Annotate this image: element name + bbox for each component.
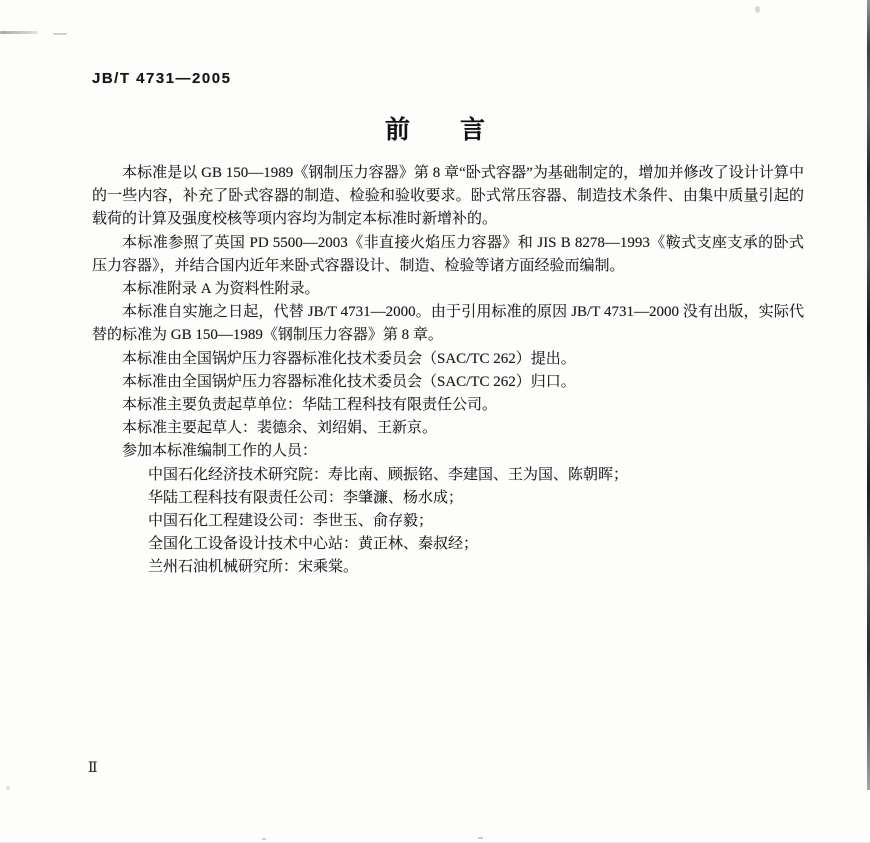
foreword-body: 本标准是以 GB 150—1989《钢制压力容器》第 8 章“卧式容器”为基础制…: [92, 162, 804, 580]
participants-list: 中国石化经济技术研究院：寿比南、顾振铭、李建国、王为国、陈朝晖； 华陆工程科技有…: [92, 464, 804, 580]
foreword-paragraph: 本标准由全国锅炉压力容器标准化技术委员会（SAC/TC 262）归口。: [92, 371, 804, 394]
foreword-paragraph: 本标准自实施之日起，代替 JB/T 4731—2000。由于引用标准的原因 JB…: [92, 301, 804, 347]
page-number: Ⅱ: [88, 760, 98, 777]
participant-line: 华陆工程科技有限责任公司：李肇濂、杨水成；: [148, 487, 804, 510]
scan-artifact-dash: [53, 33, 67, 35]
scan-artifact-speck: [478, 837, 483, 839]
foreword-paragraph: 本标准参照了英国 PD 5500—2003《非直接火焰压力容器》和 JIS B …: [92, 232, 804, 278]
participant-line: 兰州石油机械研究所：宋乘棠。: [148, 556, 804, 579]
scan-artifact-speck: [755, 6, 760, 13]
participant-line: 全国化工设备设计技术中心站：黄正林、秦叔经；: [148, 533, 804, 556]
foreword-paragraph: 参加本标准编制工作的人员：: [92, 440, 804, 463]
foreword-paragraph: 本标准附录 A 为资料性附录。: [92, 278, 804, 301]
participant-line: 中国石化经济技术研究院：寿比南、顾振铭、李建国、王为国、陈朝晖；: [148, 464, 804, 487]
scan-artifact-speck: [262, 838, 266, 840]
foreword-paragraph: 本标准由全国锅炉压力容器标准化技术委员会（SAC/TC 262）提出。: [92, 348, 804, 371]
foreword-paragraph: 本标准是以 GB 150—1989《钢制压力容器》第 8 章“卧式容器”为基础制…: [92, 162, 804, 232]
scan-artifact-dash: [0, 31, 38, 34]
foreword-title: 前 言: [0, 110, 870, 146]
scan-artifact-speck: [6, 786, 10, 790]
foreword-paragraph: 本标准主要负责起草单位：华陆工程科技有限责任公司。: [92, 394, 804, 417]
document-code: JB/T 4731—2005: [92, 70, 231, 87]
scanned-document-page: JB/T 4731—2005 前 言 本标准是以 GB 150—1989《钢制压…: [0, 0, 870, 843]
participant-line: 中国石化工程建设公司：李世玉、俞存毅；: [148, 510, 804, 533]
foreword-paragraph: 本标准主要起草人：裴德余、刘绍娟、王新京。: [92, 417, 804, 440]
